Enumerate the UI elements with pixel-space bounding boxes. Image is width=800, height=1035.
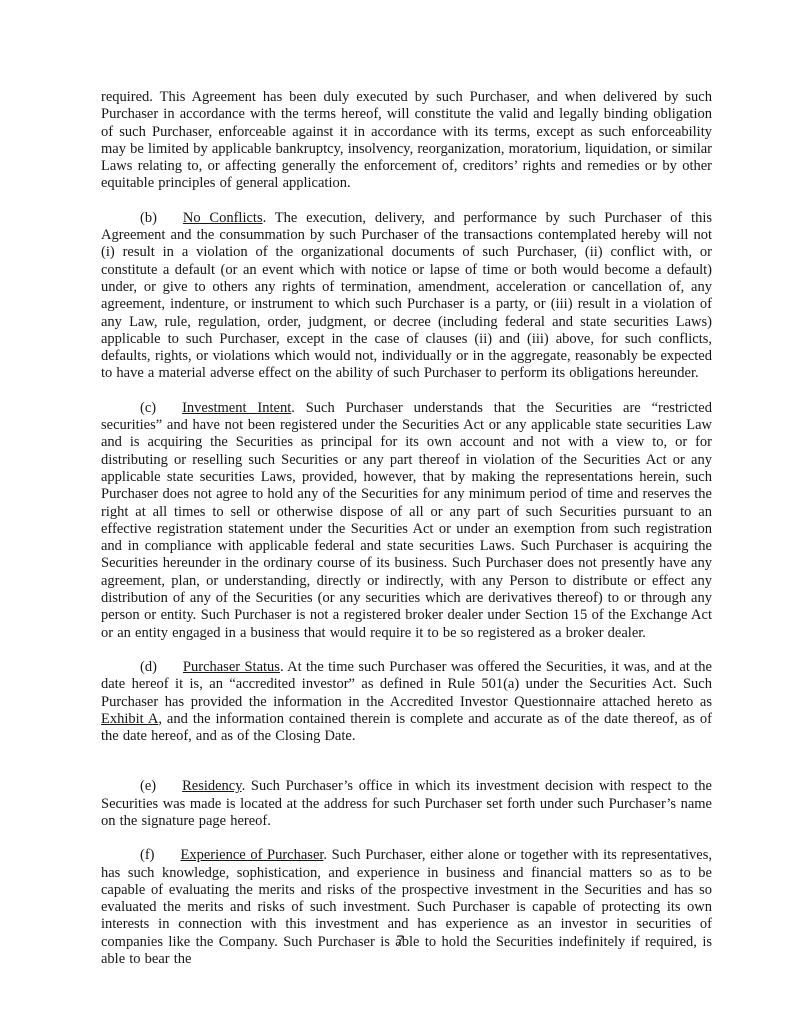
clause-text: required. This Agreement has been duly e… bbox=[101, 89, 712, 191]
clause-text: , and the information contained therein … bbox=[101, 711, 712, 744]
clause-heading: Residency bbox=[182, 778, 241, 794]
exhibit-a-reference: Exhibit A bbox=[101, 711, 158, 727]
clause-heading: Purchaser Status bbox=[183, 659, 280, 675]
clause-label: (e) bbox=[140, 778, 156, 794]
document-page: required. This Agreement has been duly e… bbox=[0, 0, 800, 1035]
clause-label: (c) bbox=[140, 400, 156, 416]
clause-label: (f) bbox=[140, 847, 155, 863]
paragraph-e-residency: (e)Residency. Such Purchaser’s office in… bbox=[101, 778, 712, 830]
page-number: 7 bbox=[0, 933, 800, 950]
paragraph-f-experience-of-purchaser: (f)Experience of Purchaser. Such Purchas… bbox=[101, 847, 712, 968]
paragraph-b-no-conflicts: (b)No Conflicts. The execution, delivery… bbox=[101, 210, 712, 383]
clause-text: . The execution, delivery, and performan… bbox=[101, 210, 712, 382]
paragraph-d-purchaser-status: (d)Purchaser Status. At the time such Pu… bbox=[101, 659, 712, 745]
clause-label: (d) bbox=[140, 659, 157, 675]
clause-heading: No Conflicts bbox=[183, 210, 263, 226]
clause-label: (b) bbox=[140, 210, 157, 226]
clause-heading: Experience of Purchaser bbox=[181, 847, 324, 863]
clause-heading: Investment Intent bbox=[182, 400, 291, 416]
clause-text: . Such Purchaser understands that the Se… bbox=[101, 400, 712, 641]
paragraph-c-investment-intent: (c)Investment Intent. Such Purchaser und… bbox=[101, 400, 712, 642]
page-content: required. This Agreement has been duly e… bbox=[101, 89, 712, 968]
paragraph-continuation: required. This Agreement has been duly e… bbox=[101, 89, 712, 193]
